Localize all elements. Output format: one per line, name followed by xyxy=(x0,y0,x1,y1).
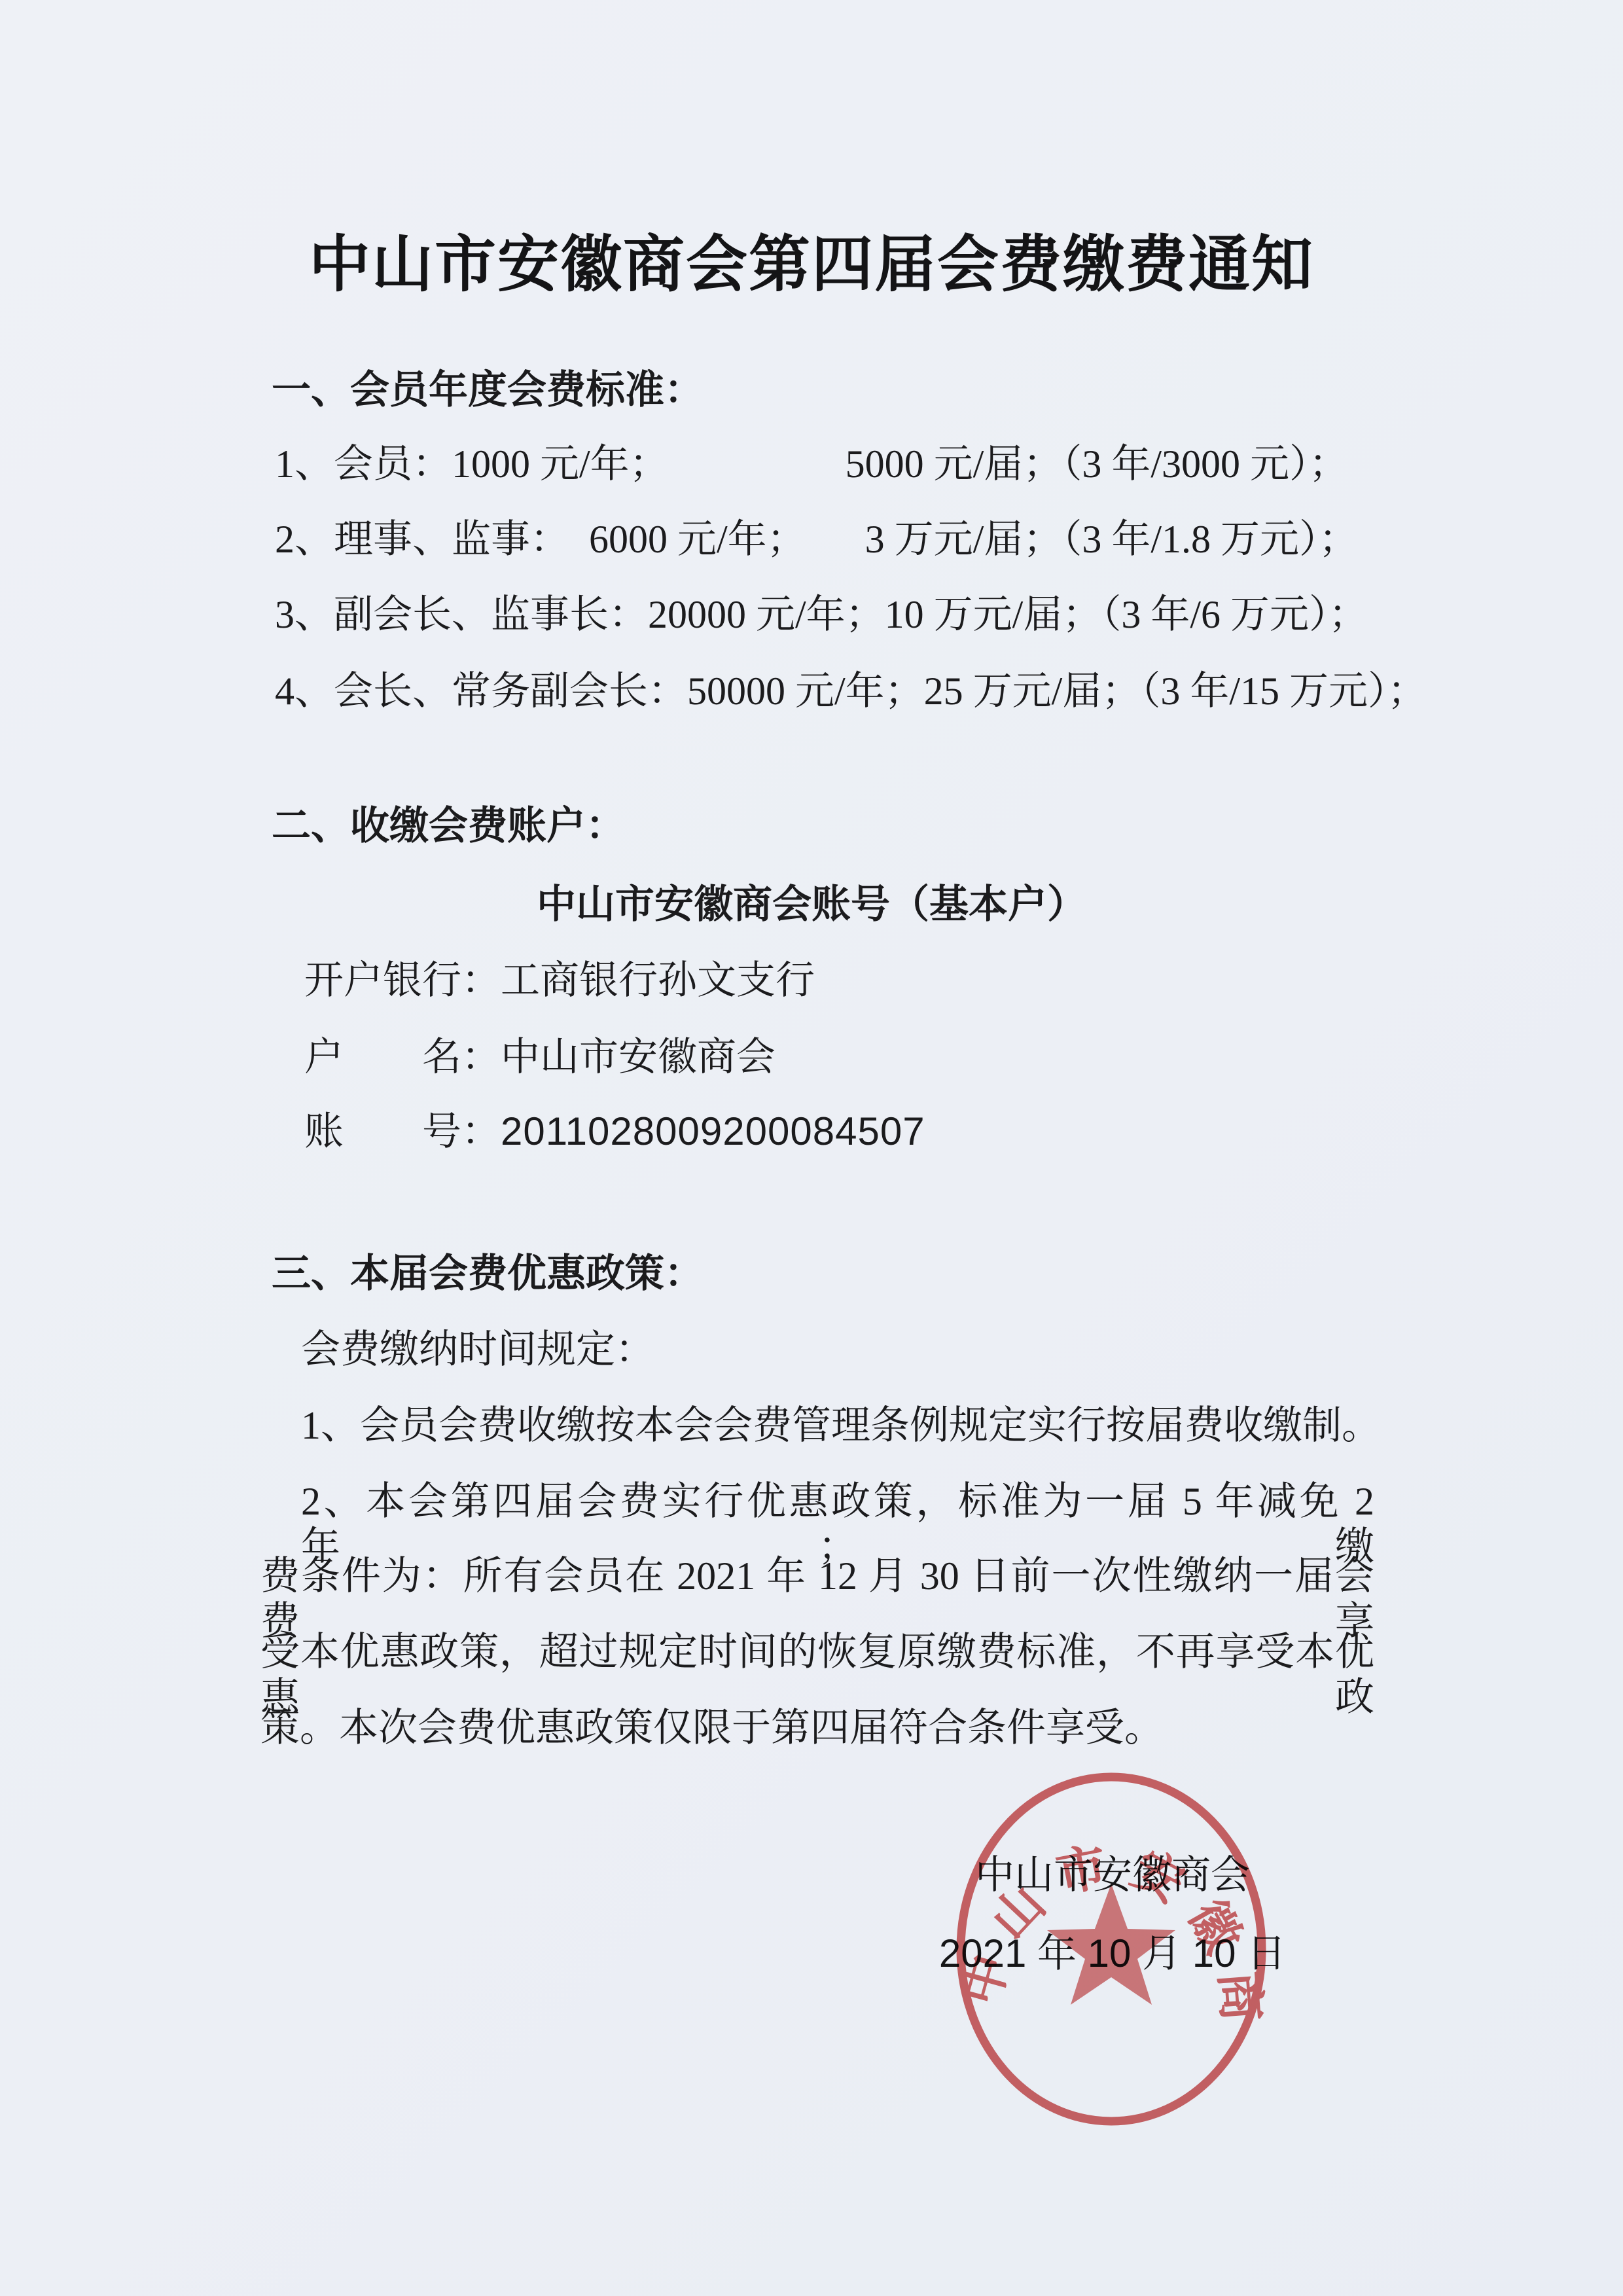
notice-title: 中山市安徽商会第四届会费缴费通知 xyxy=(0,215,1623,303)
bank-label: 开户银行： xyxy=(304,959,501,1002)
policy-item-2-line-4: 策。本次会费优惠政策仅限于第四届符合条件享受。 xyxy=(260,1706,1164,1751)
bank-row: 开户银行：工商银行孙文支行 xyxy=(304,958,815,1003)
account-title: 中山市安徽商会账号（基本户） xyxy=(223,882,1400,927)
account-number-label: 账 号： xyxy=(304,1110,501,1153)
official-seal-stamp: 中山市安徽商会 xyxy=(942,1759,1283,2139)
bank-value: 工商银行孙文支行 xyxy=(501,959,815,1002)
account-number-value: 2011028009200084507 xyxy=(501,1109,925,1153)
document-page: 中山市安徽商会第四届会费缴费通知 一、会员年度会费标准： 1、会员：1000 元… xyxy=(0,0,1623,2296)
holder-row: 户 名：中山市安徽商会 xyxy=(304,1035,776,1080)
fee-item-4: 4、会长、常务副会长：50000 元/年；25 万元/届；（3 年/15 万元）… xyxy=(275,669,1427,714)
fee-item-1: 1、会员：1000 元/年； 5000 元/届；（3 年/3000 元）； xyxy=(275,442,1348,487)
holder-value: 中山市安徽商会 xyxy=(501,1035,776,1079)
fee-item-2: 2、理事、监事： 6000 元/年； 3 万元/届；（3 年/1.8 万元）； xyxy=(275,517,1358,562)
account-number-row: 账 号：2011028009200084507 xyxy=(304,1109,925,1155)
section1-heading: 一、会员年度会费标准： xyxy=(272,368,704,413)
policy-item-1: 1、会员会费收缴按本会会费管理条例规定实行按届费收缴制。 xyxy=(301,1403,1381,1448)
payment-time-intro: 会费缴纳时间规定： xyxy=(301,1327,654,1372)
section2-heading: 二、收缴会费账户： xyxy=(272,804,625,849)
fee-item-3: 3、副会长、监事长：20000 元/年；10 万元/届；（3 年/6 万元）； xyxy=(275,592,1368,637)
section3-heading: 三、本届会费优惠政策： xyxy=(272,1251,704,1297)
holder-label: 户 名： xyxy=(304,1035,501,1079)
